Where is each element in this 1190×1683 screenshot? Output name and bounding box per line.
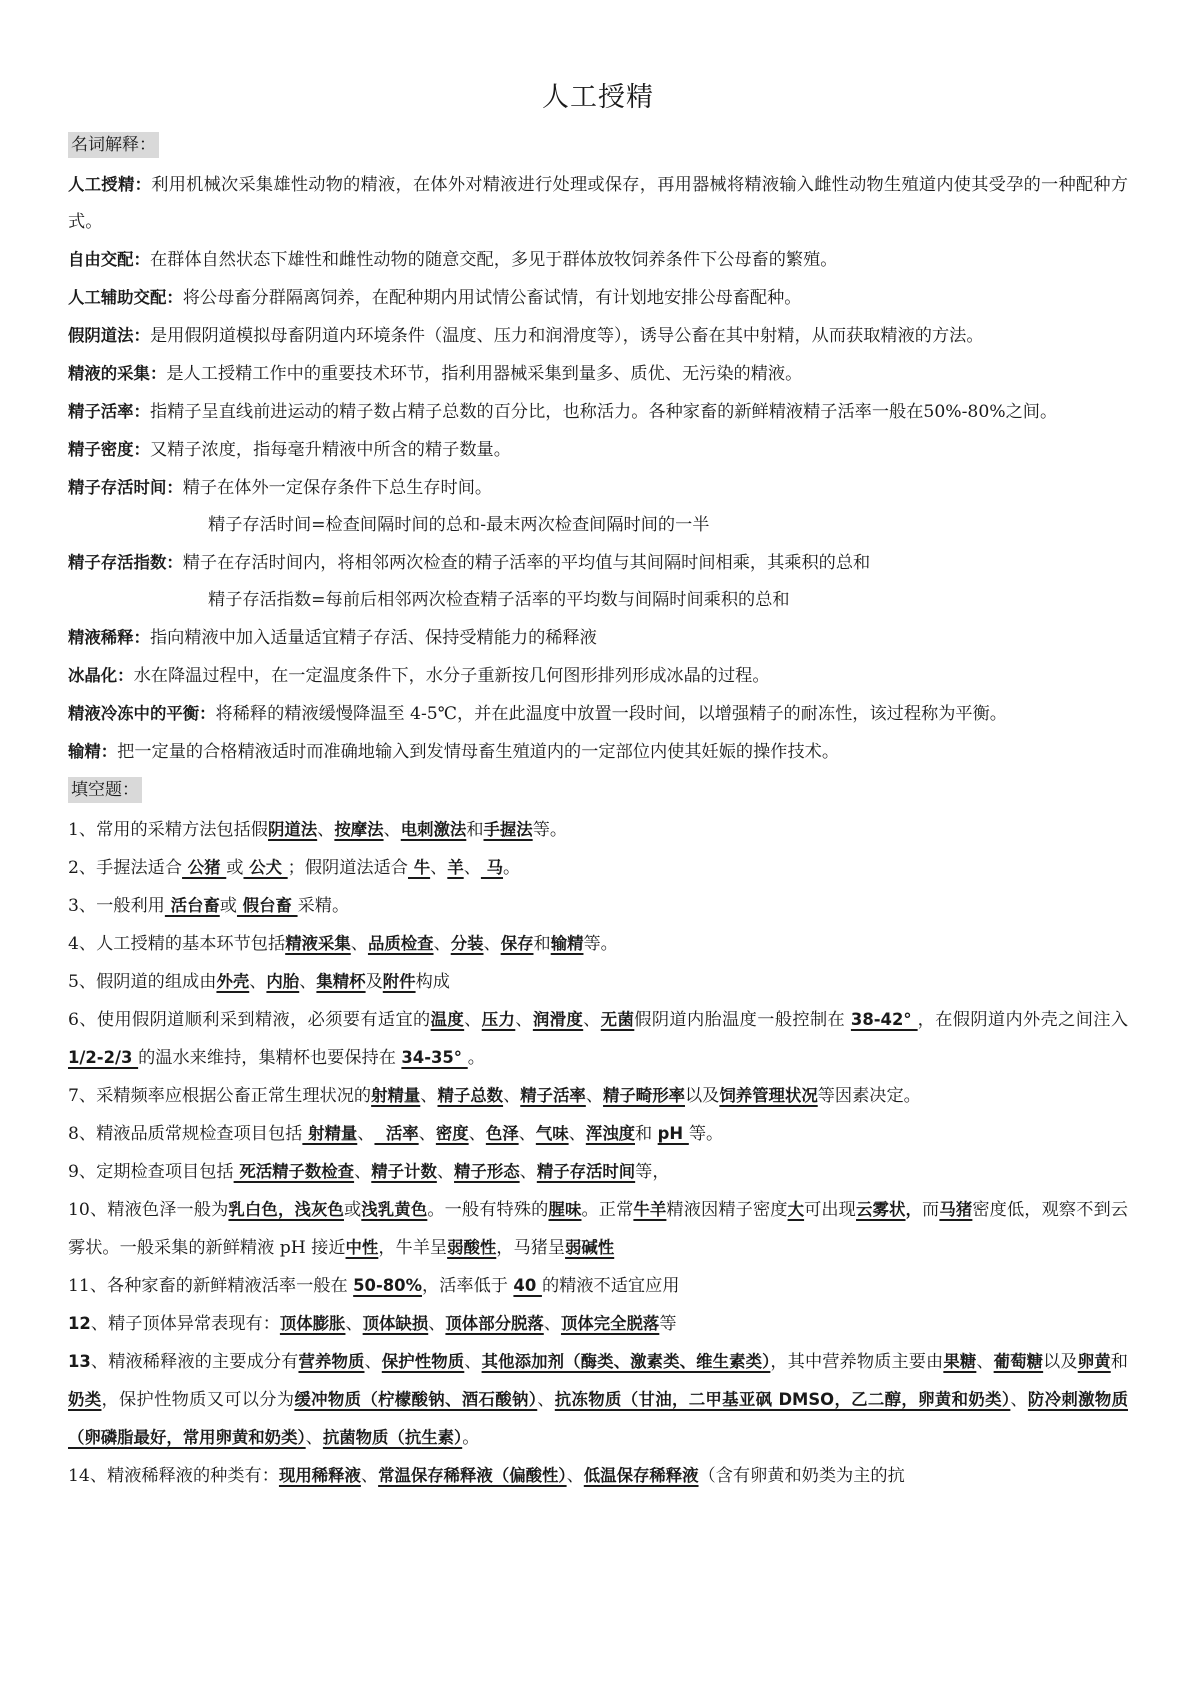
fill-blank-item: 10、精液色泽一般为乳白色，浅灰色或浅乳黄色。一般有特殊的腥味。正常牛羊精液因精… bbox=[68, 1191, 1128, 1267]
body-text: 、 bbox=[976, 1352, 993, 1372]
term-label: 冰晶化： bbox=[68, 666, 134, 685]
answer-blank: 马猪 bbox=[939, 1200, 972, 1219]
section: 名词解释：人工授精：利用机械次采集雄性动物的精液，在体外对精液进行处理或保存，再… bbox=[68, 132, 1128, 771]
body-text: 水在降温过程中，在一定温度条件下，水分子重新按几何图形排列形成冰晶的过程。 bbox=[134, 666, 770, 686]
answer-blank: 马 bbox=[481, 858, 503, 877]
answer-blank: 保护性物质 bbox=[382, 1352, 465, 1371]
term-label: 精子存活时间： bbox=[68, 478, 183, 497]
answer-blank: 润滑度 bbox=[533, 1010, 583, 1029]
answer-blank: 顶体膨胀 bbox=[280, 1314, 346, 1333]
body-text: 、 bbox=[299, 972, 316, 992]
body-text: 将公母畜分群隔离饲养，在配种期内用试情公畜试情，有计划地安排公母畜配种。 bbox=[183, 288, 802, 308]
fill-blank-item: 2、手握法适合 公猪 或 公犬 ；假阴道法适合 牛、羊、 马。 bbox=[68, 849, 1128, 887]
answer-blank: 34-35° bbox=[401, 1048, 467, 1067]
answer-blank: 输精 bbox=[551, 934, 584, 953]
answer-blank: 死活精子数检查 bbox=[234, 1162, 354, 1181]
body-text: 、 bbox=[249, 972, 266, 992]
body-text: 、 bbox=[544, 1314, 561, 1334]
body-text: 、 bbox=[317, 820, 334, 840]
fill-blank-item: 9、定期检查项目包括 死活精子数检查、精子计数、精子形态、精子存活时间等， bbox=[68, 1153, 1128, 1191]
answer-blank: 乳白色，浅灰色 bbox=[228, 1200, 344, 1219]
answer-blank: 密度 bbox=[436, 1124, 469, 1143]
body-text: 2、手握法适合 bbox=[68, 858, 182, 878]
body-text: 将稀释的精液缓慢降温至 4-5℃，并在此温度中放置一段时间，以增强精子的耐冻性，… bbox=[216, 704, 1007, 724]
answer-blank: 其他添加剂（酶类、激素类、维生素类） bbox=[482, 1352, 771, 1371]
body-text: 、 bbox=[537, 1390, 555, 1410]
answer-blank: 精子总数 bbox=[438, 1086, 504, 1105]
definition-paragraph: 精子存活指数：精子在存活时间内，将相邻两次检查的精子活率的平均值与其间隔时间相乘… bbox=[68, 544, 1128, 582]
body-text: 等。 bbox=[533, 820, 567, 840]
definition-paragraph: 输精：把一定量的合格精液适时而准确地输入到发情母畜生殖道内的一定部位内使其妊娠的… bbox=[68, 733, 1128, 771]
answer-blank: 公猪 bbox=[182, 858, 226, 877]
answer-blank: 无菌 bbox=[601, 1010, 635, 1029]
section: 填空题：1、常用的采精方法包括假阴道法、按摩法、电刺激法和手握法等。2、手握法适… bbox=[68, 777, 1128, 1495]
definition-paragraph: 冰晶化：水在降温过程中，在一定温度条件下，水分子重新按几何图形排列形成冰晶的过程… bbox=[68, 657, 1128, 695]
body-text: ，其中营养物质主要由 bbox=[770, 1352, 943, 1372]
term-label: 13 bbox=[68, 1352, 91, 1371]
body-text: 、精液稀释液的主要成分有 bbox=[91, 1352, 299, 1372]
body-text: 9、定期检查项目包括 bbox=[68, 1162, 234, 1182]
answer-blank: 牛 bbox=[408, 858, 430, 877]
body-text: 等， bbox=[635, 1162, 669, 1182]
body-text: 、 bbox=[430, 858, 447, 878]
body-text: 、 bbox=[519, 1124, 536, 1144]
body-text: 。 bbox=[468, 1048, 485, 1068]
answer-blank: 射精量 bbox=[302, 1124, 357, 1143]
answer-blank: 38-42° bbox=[851, 1010, 918, 1029]
answer-blank: 40 bbox=[513, 1276, 542, 1295]
fill-blank-item: 12、精子顶体异常表现有：顶体膨胀、顶体缺损、顶体部分脱落、顶体完全脱落等 bbox=[68, 1305, 1128, 1343]
body-text: 的精液不适宜应用 bbox=[542, 1276, 680, 1296]
term-label: 精液冷冻中的平衡： bbox=[68, 704, 216, 723]
answer-blank: 品质检查 bbox=[368, 934, 434, 953]
body-text: 、精子顶体异常表现有： bbox=[91, 1314, 280, 1334]
body-text: 、 bbox=[569, 1124, 586, 1144]
body-text: 、 bbox=[357, 1124, 374, 1144]
answer-blank: 营养物质 bbox=[298, 1352, 364, 1371]
body-text: 、 bbox=[428, 1314, 445, 1334]
body-text: 的温水来维持，集精杯也要保持在 bbox=[138, 1048, 401, 1068]
answer-blank: 饲养管理状况 bbox=[719, 1086, 817, 1105]
body-text: 等因素决定。 bbox=[818, 1086, 921, 1106]
body-text: 把一定量的合格精液适时而准确地输入到发情母畜生殖道内的一定部位内使其妊娠的操作技… bbox=[117, 742, 839, 762]
answer-blank: 阴道法 bbox=[268, 820, 317, 839]
body-text: 、 bbox=[1010, 1390, 1028, 1410]
answer-blank: 浑浊度 bbox=[586, 1124, 635, 1143]
definition-paragraph: 精子存活时间：精子在体外一定保存条件下总生存时间。 bbox=[68, 469, 1128, 507]
section-label: 名词解释： bbox=[68, 132, 159, 158]
body-text: 和 bbox=[466, 820, 483, 840]
body-text: 、 bbox=[364, 1352, 381, 1372]
body-text: ，在假阴道内外壳之间注入 bbox=[918, 1010, 1134, 1030]
body-text: 等。 bbox=[689, 1124, 723, 1144]
body-text: 是人工授精工作中的重要技术环节，指利用器械采集到量多、质优、无污染的精液。 bbox=[166, 364, 802, 384]
body-text: 以及 bbox=[685, 1086, 719, 1106]
answer-blank: 羊 bbox=[447, 858, 463, 877]
fill-blank-item: 3、一般利用 活台畜或 假台畜 采精。 bbox=[68, 887, 1128, 925]
body-text: 8、精液品质常规检查项目包括 bbox=[68, 1124, 302, 1144]
answer-blank: 外壳 bbox=[216, 972, 249, 991]
body-text: 、 bbox=[384, 820, 401, 840]
fill-blank-item: 1、常用的采精方法包括假阴道法、按摩法、电刺激法和手握法等。 bbox=[68, 811, 1128, 849]
body-text: 构成 bbox=[416, 972, 450, 992]
body-text: 5、假阴道的组成由 bbox=[68, 972, 216, 992]
answer-blank: 附件 bbox=[383, 972, 416, 991]
term-label: 精子存活指数： bbox=[68, 553, 183, 572]
body-text: 、 bbox=[437, 1162, 454, 1182]
definition-paragraph: 精液冷冻中的平衡：将稀释的精液缓慢降温至 4-5℃，并在此温度中放置一段时间，以… bbox=[68, 695, 1128, 733]
answer-blank: 精子形态 bbox=[454, 1162, 520, 1181]
body-text: 、 bbox=[515, 1010, 533, 1030]
body-text: 7、采精频率应根据公畜正常生理状况的 bbox=[68, 1086, 371, 1106]
body-text: 、 bbox=[586, 1086, 603, 1106]
answer-blank: 精子计数 bbox=[371, 1162, 437, 1181]
body-text: 或 bbox=[344, 1200, 361, 1220]
term-label: 人工辅助交配： bbox=[68, 288, 183, 307]
body-text: 。 bbox=[503, 858, 520, 878]
body-text: 精子存活时间=检查间隔时间的总和-最末两次检查间隔时间的一半 bbox=[208, 515, 709, 535]
answer-blank: 牛羊 bbox=[633, 1200, 666, 1219]
body-text: 。正常 bbox=[581, 1200, 633, 1220]
body-text: 和 bbox=[533, 934, 550, 954]
body-text: 精子存活指数=每前后相邻两次检查精子活率的平均数与间隔时间乘积的总和 bbox=[208, 590, 790, 610]
answer-blank: 活率 bbox=[374, 1124, 418, 1143]
body-text: 、 bbox=[419, 1124, 436, 1144]
answer-blank: 卵黄 bbox=[1078, 1352, 1111, 1371]
definition-paragraph: 精子活率：指精子呈直线前进运动的精子数占精子总数的百分比，也称活力。各种家畜的新… bbox=[68, 393, 1128, 431]
definition-paragraph: 精液稀释：指向精液中加入适量适宜精子存活、保持受精能力的稀释液 bbox=[68, 619, 1128, 657]
answer-blank: 分装 bbox=[451, 934, 484, 953]
body-text: 、 bbox=[503, 1086, 520, 1106]
answer-blank: 电刺激法 bbox=[401, 820, 467, 839]
body-text: 、 bbox=[484, 934, 501, 954]
answer-blank: 抗菌物质（抗生素） bbox=[323, 1428, 462, 1447]
document-body: 名词解释：人工授精：利用机械次采集雄性动物的精液，在体外对精液进行处理或保存，再… bbox=[68, 132, 1128, 1495]
fill-blank-item: 6、使用假阴道顺利采到精液，必须要有适宜的温度、压力、润滑度、无菌假阴道内胎温度… bbox=[68, 1001, 1128, 1077]
fill-blank-item: 14、精液稀释液的种类有：现用稀释液、常温保存稀释液（偏酸性）、低温保存稀释液（… bbox=[68, 1457, 1128, 1495]
body-text: ；假阴道法适合 bbox=[288, 858, 408, 878]
body-text: ，牛羊呈 bbox=[378, 1238, 447, 1258]
body-text: 、 bbox=[420, 1086, 437, 1106]
body-text: 、 bbox=[464, 1010, 482, 1030]
body-text: 、 bbox=[567, 1466, 584, 1486]
body-text: 采精。 bbox=[298, 896, 350, 916]
answer-blank: 顶体缺损 bbox=[363, 1314, 429, 1333]
body-text: 又精子浓度，指每毫升精液中所含的精子数量。 bbox=[150, 440, 511, 460]
body-text: 11、各种家畜的新鲜精液活率一般在 bbox=[68, 1276, 353, 1296]
term-label: 精子密度： bbox=[68, 440, 150, 459]
term-label: 自由交配： bbox=[68, 250, 150, 269]
fill-blank-item: 5、假阴道的组成由外壳、内胎、集精杯及附件构成 bbox=[68, 963, 1128, 1001]
term-label: 12 bbox=[68, 1314, 91, 1333]
body-text: 、 bbox=[361, 1466, 378, 1486]
answer-blank: 顶体部分脱落 bbox=[445, 1314, 543, 1333]
answer-blank: 大 bbox=[788, 1200, 805, 1219]
body-text: 3、一般利用 bbox=[68, 896, 165, 916]
body-text: 等。 bbox=[583, 934, 617, 954]
body-text: 6、使用假阴道顺利采到精液，必须要有适宜的 bbox=[68, 1010, 431, 1030]
page-title: 人工授精 bbox=[68, 78, 1128, 118]
body-text: 以及 bbox=[1043, 1352, 1078, 1372]
term-label: 人工授精： bbox=[68, 175, 151, 194]
body-text: 、 bbox=[306, 1428, 323, 1448]
answer-blank: 精液采集 bbox=[285, 934, 351, 953]
body-text: ，马猪呈 bbox=[496, 1238, 565, 1258]
body-text: 而 bbox=[922, 1200, 939, 1220]
term-label: 精液的采集： bbox=[68, 364, 166, 383]
body-text: 4、人工授精的基本环节包括 bbox=[68, 934, 285, 954]
body-text: 10、精液色泽一般为 bbox=[68, 1200, 228, 1220]
definition-paragraph: 精子存活时间=检查间隔时间的总和-最末两次检查间隔时间的一半 bbox=[68, 507, 1128, 544]
answer-blank: 气味 bbox=[536, 1124, 569, 1143]
body-text: 1、常用的采精方法包括假 bbox=[68, 820, 268, 840]
answer-blank: 腥味 bbox=[548, 1200, 581, 1219]
body-text: 、 bbox=[354, 1162, 371, 1182]
body-text: 。一般有特殊的 bbox=[427, 1200, 548, 1220]
body-text: 或 bbox=[220, 896, 237, 916]
answer-blank: 保存 bbox=[501, 934, 534, 953]
definition-paragraph: 精子存活指数=每前后相邻两次检查精子活率的平均数与间隔时间乘积的总和 bbox=[68, 582, 1128, 619]
answer-blank: 手握法 bbox=[484, 820, 533, 839]
answer-blank: 假台畜 bbox=[237, 896, 298, 915]
answer-blank: 低温保存稀释液 bbox=[584, 1466, 699, 1485]
section-label: 填空题： bbox=[68, 777, 142, 803]
body-text: 精液因精子密度 bbox=[666, 1200, 787, 1220]
definition-paragraph: 精液的采集：是人工授精工作中的重要技术环节，指利用器械采集到量多、质优、无污染的… bbox=[68, 355, 1128, 393]
body-text: 、 bbox=[583, 1010, 601, 1030]
body-text: （含有卵黄和奶类为主的抗 bbox=[699, 1466, 905, 1486]
answer-blank: 中性 bbox=[346, 1238, 379, 1257]
answer-blank: 精子活率 bbox=[520, 1086, 586, 1105]
term-label: 输精： bbox=[68, 742, 117, 761]
fill-blank-item: 4、人工授精的基本环节包括精液采集、品质检查、分装、保存和输精等。 bbox=[68, 925, 1128, 963]
answer-blank: 浅乳黄色 bbox=[361, 1200, 427, 1219]
answer-blank: 现用稀释液 bbox=[279, 1466, 361, 1485]
answer-blank: 活台畜 bbox=[165, 896, 220, 915]
body-text: 、 bbox=[464, 1352, 481, 1372]
body-text: 14、精液稀释液的种类有： bbox=[68, 1466, 279, 1486]
body-text: ，保护性物质又可以分为 bbox=[101, 1390, 294, 1410]
answer-blank: 1/2-2/3 bbox=[68, 1048, 138, 1067]
body-text: 等 bbox=[659, 1314, 676, 1334]
answer-blank: 集精杯 bbox=[316, 972, 365, 991]
answer-blank: 常温保存稀释液（偏酸性） bbox=[378, 1466, 567, 1485]
body-text: 、 bbox=[351, 934, 368, 954]
answer-blank: 顶体完全脱落 bbox=[561, 1314, 659, 1333]
body-text: ，活率低于 bbox=[422, 1276, 513, 1296]
body-text: 精子在体外一定保存条件下总生存时间。 bbox=[183, 478, 492, 498]
body-text: 、 bbox=[464, 858, 481, 878]
answer-blank: 50-80% bbox=[353, 1276, 422, 1295]
definition-paragraph: 假阴道法：是用假阴道模拟母畜阴道内环境条件（温度、压力和润滑度等），诱导公畜在其… bbox=[68, 317, 1128, 355]
definition-paragraph: 人工辅助交配：将公母畜分群隔离饲养，在配种期内用试情公畜试情，有计划地安排公母畜… bbox=[68, 279, 1128, 317]
fill-blank-item: 11、各种家畜的新鲜精液活率一般在 50-80%，活率低于 40 的精液不适宜应… bbox=[68, 1267, 1128, 1305]
fill-blank-item: 13、精液稀释液的主要成分有营养物质、保护性物质、其他添加剂（酶类、激素类、维生… bbox=[68, 1343, 1128, 1457]
body-text: 、 bbox=[345, 1314, 362, 1334]
answer-blank: 精子畸形率 bbox=[603, 1086, 685, 1105]
answer-blank: 抗冻物质（甘油，二甲基亚砜 DMSO，乙二醇，卵黄和奶类） bbox=[555, 1390, 1011, 1409]
body-text: 精子在存活时间内，将相邻两次检查的精子活率的平均值与其间隔时间相乘，其乘积的总和 bbox=[183, 553, 871, 573]
answer-blank: 温度 bbox=[431, 1010, 465, 1029]
document-page: 人工授精 名词解释：人工授精：利用机械次采集雄性动物的精液，在体外对精液进行处理… bbox=[68, 78, 1128, 1501]
answer-blank: 按摩法 bbox=[334, 820, 383, 839]
answer-blank: pH bbox=[658, 1124, 689, 1143]
body-text: 及 bbox=[366, 972, 383, 992]
answer-blank: 云雾状 bbox=[856, 1200, 906, 1219]
answer-blank: 奶类 bbox=[68, 1390, 101, 1409]
body-text: 指向精液中加入适量适宜精子存活、保持受精能力的稀释液 bbox=[150, 628, 597, 648]
body-text: 是用假阴道模拟母畜阴道内环境条件（温度、压力和润滑度等），诱导公畜在其中射精，从… bbox=[150, 326, 984, 346]
answer-blank: 内胎 bbox=[266, 972, 299, 991]
answer-blank: 葡萄糖 bbox=[994, 1352, 1044, 1371]
answer-blank: 压力 bbox=[482, 1010, 516, 1029]
body-text: 假阴道内胎温度一般控制在 bbox=[634, 1010, 851, 1030]
answer-blank: 精子存活时间 bbox=[537, 1162, 635, 1181]
body-text: 指精子呈直线前进运动的精子数占精子总数的百分比，也称活力。各种家畜的新鲜精液精子… bbox=[150, 402, 1057, 422]
body-text: 利用机械次采集雄性动物的精液，在体外对精液进行处理或保存，再用器械将精液输入雌性… bbox=[68, 175, 1128, 232]
fill-blank-item: 7、采精频率应根据公畜正常生理状况的射精量、精子总数、精子活率、精子畸形率以及饲… bbox=[68, 1077, 1128, 1115]
body-text: 和 bbox=[635, 1124, 658, 1144]
body-text: 在群体自然状态下雄性和雌性动物的随意交配，多见于群体放牧饲养条件下公母畜的繁殖。 bbox=[150, 250, 838, 270]
body-text: 和 bbox=[1111, 1352, 1128, 1372]
answer-blank: 色泽 bbox=[486, 1124, 519, 1143]
fill-blank-item: 8、精液品质常规检查项目包括 射精量、 活率、密度、色泽、气味、浑浊度和 pH … bbox=[68, 1115, 1128, 1153]
body-text: 、 bbox=[469, 1124, 486, 1144]
answer-blank: 公犬 bbox=[243, 858, 287, 877]
term-label: 假阴道法： bbox=[68, 326, 150, 345]
definition-paragraph: 自由交配：在群体自然状态下雄性和雌性动物的随意交配，多见于群体放牧饲养条件下公母… bbox=[68, 241, 1128, 279]
body-text: 、 bbox=[434, 934, 451, 954]
answer-blank: 射精量 bbox=[371, 1086, 420, 1105]
body-text: 或 bbox=[226, 858, 243, 878]
term-label: 精液稀释： bbox=[68, 628, 150, 647]
term-label: 精子活率： bbox=[68, 402, 150, 421]
answer-blank: 弱碱性 bbox=[565, 1238, 614, 1257]
body-text: 、 bbox=[520, 1162, 537, 1182]
definition-paragraph: 人工授精：利用机械次采集雄性动物的精液，在体外对精液进行处理或保存，再用器械将精… bbox=[68, 166, 1128, 241]
body-text: 可出现 bbox=[804, 1200, 856, 1220]
answer-blank: 果糖 bbox=[943, 1352, 976, 1371]
definition-paragraph: 精子密度：又精子浓度，指每毫升精液中所含的精子数量。 bbox=[68, 431, 1128, 469]
body-text: 。 bbox=[462, 1428, 479, 1448]
term-label: ， bbox=[906, 1200, 923, 1219]
answer-blank: 缓冲物质（柠檬酸钠、酒石酸钠） bbox=[294, 1390, 537, 1409]
answer-blank: 弱酸性 bbox=[447, 1238, 496, 1257]
